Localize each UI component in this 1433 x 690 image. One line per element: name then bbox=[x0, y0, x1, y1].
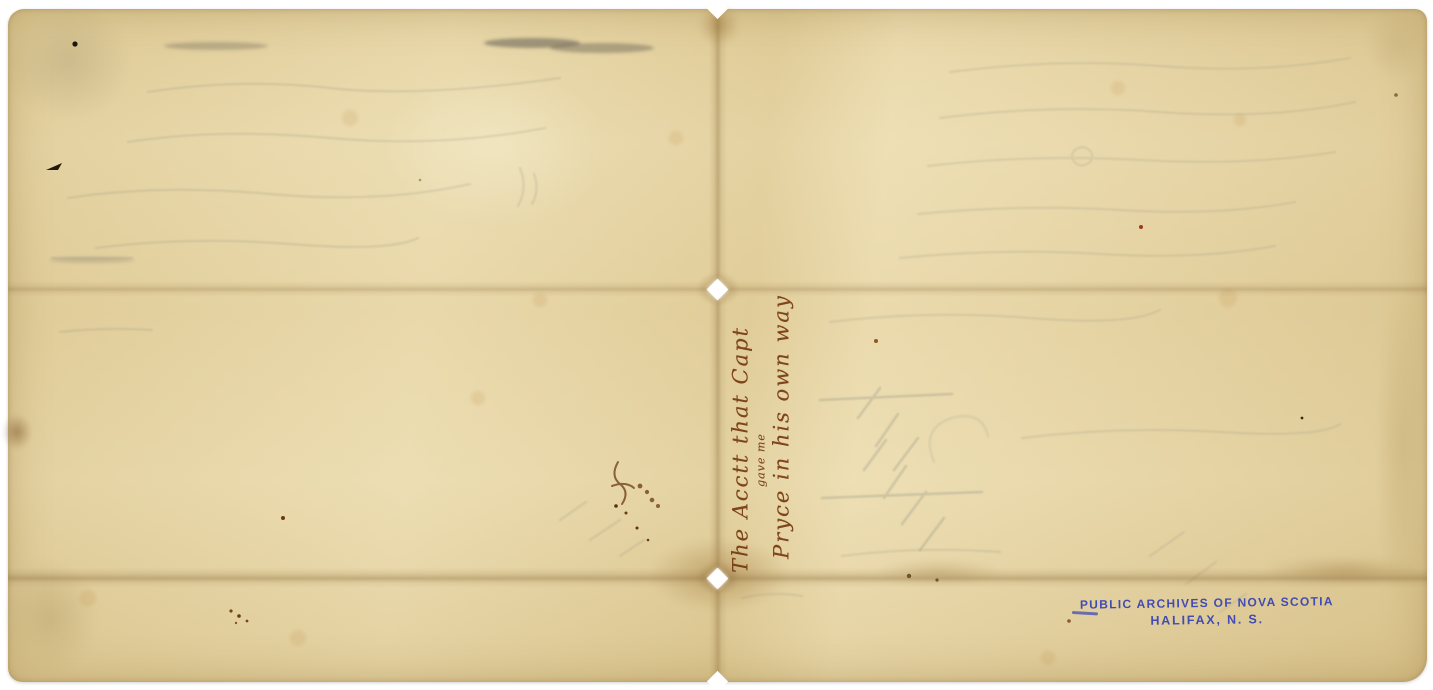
docket-text-block: The Acctt that Capt gave me Pryce in his… bbox=[727, 321, 796, 573]
docket-line-1: The Acctt that Capt bbox=[727, 321, 755, 573]
docket-insertion: gave me bbox=[755, 321, 768, 487]
archival-scan: The Acctt that Capt gave me Pryce in his… bbox=[0, 0, 1433, 690]
docket-line-2: Pryce in his own way bbox=[768, 321, 796, 559]
stamp-line-1: PUBLIC ARCHIVES OF NOVA SCOTIA bbox=[1078, 594, 1336, 612]
docket-note: The Acctt that Capt gave me Pryce in his… bbox=[722, 321, 800, 573]
archives-stamp: PUBLIC ARCHIVES OF NOVA SCOTIA HALIFAX, … bbox=[1078, 594, 1336, 629]
